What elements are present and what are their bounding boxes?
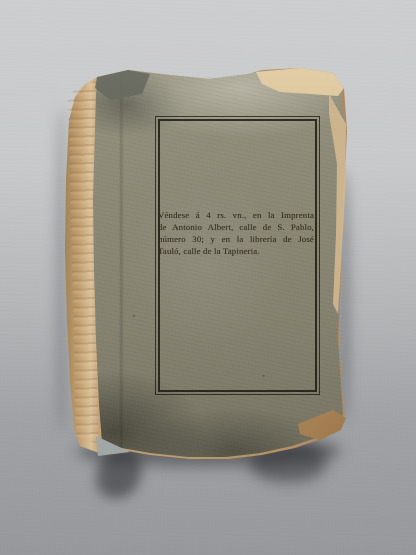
photo-background: Véndese á 4 rs. vn., en la Imprenta de A… xyxy=(0,0,416,555)
imprint-text-block: Véndese á 4 rs. vn., en la Imprenta de A… xyxy=(158,209,314,257)
imprint-line: número 30; y en la librería de José xyxy=(158,233,314,245)
book: Véndese á 4 rs. vn., en la Imprenta de A… xyxy=(62,64,350,464)
imprint-line: Véndese á 4 rs. vn., en la Imprenta xyxy=(158,209,314,221)
imprint-line: Tauló, calle de la Tapineria. xyxy=(158,245,314,257)
imprint-line: de Antonio Albert, calle de S. Pablo, xyxy=(158,221,314,233)
